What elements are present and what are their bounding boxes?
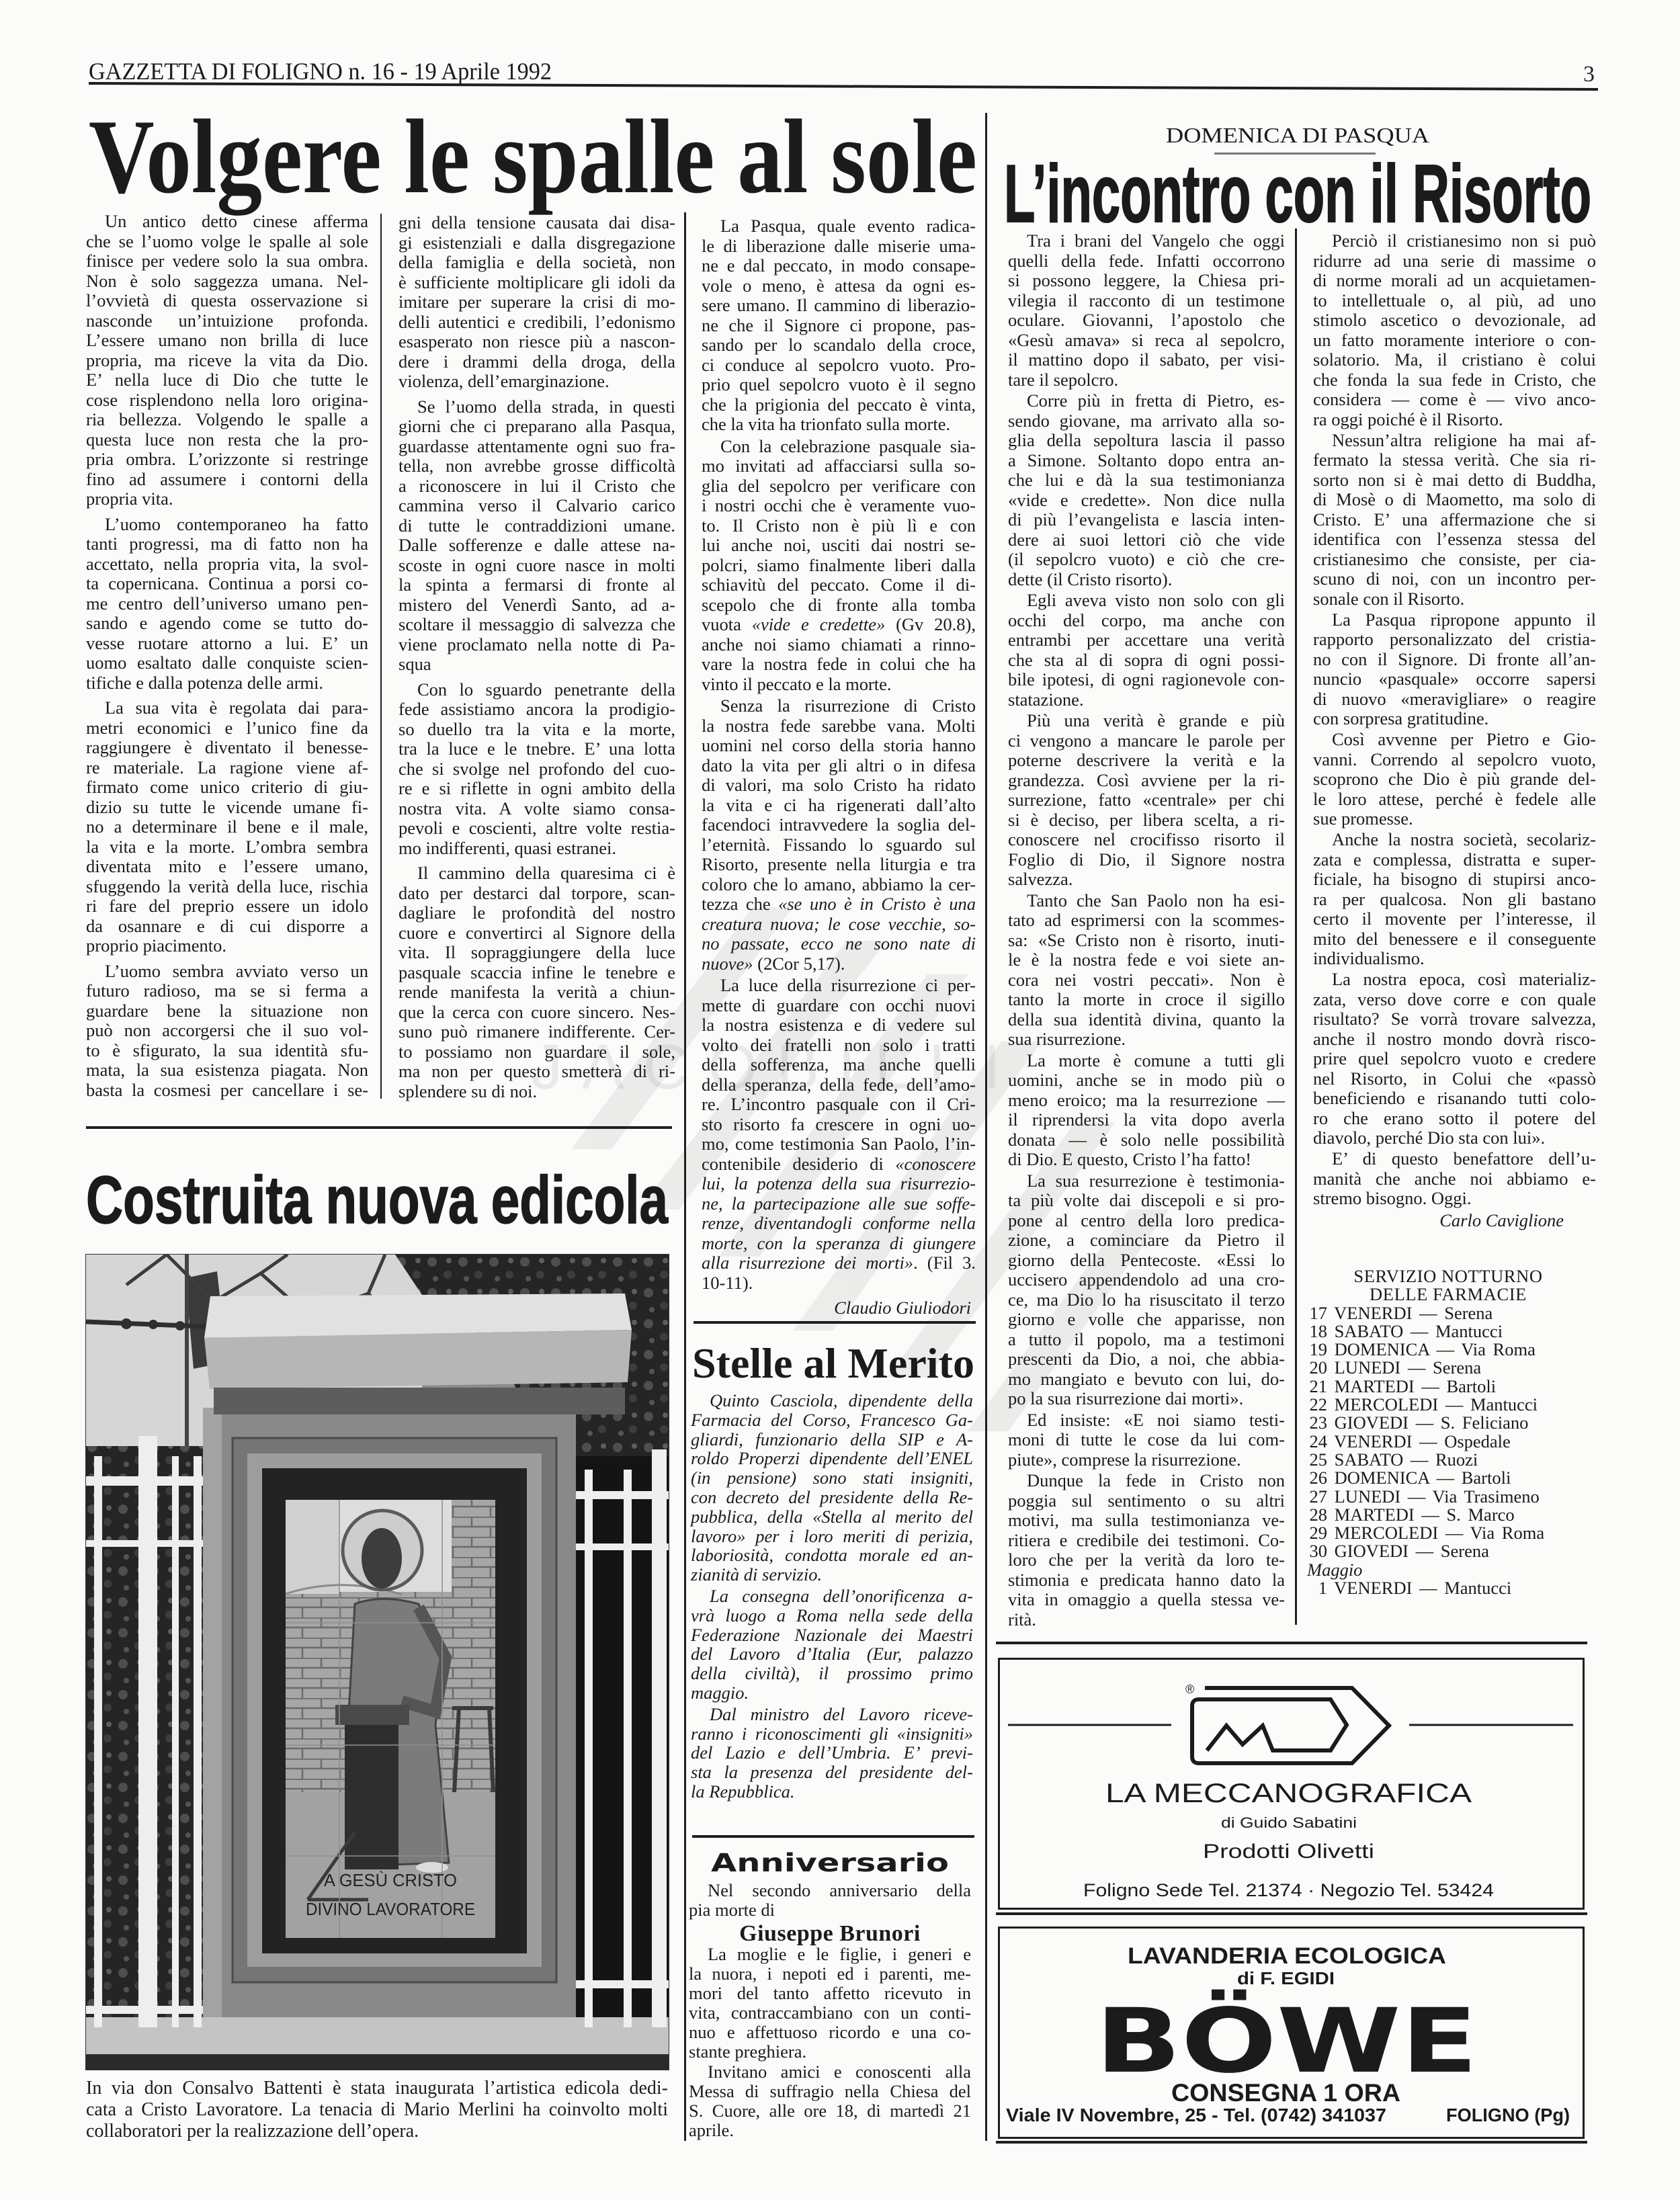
text-line: zione, a cominciare da Pietro il [1008,1230,1285,1251]
text-line: sere umano. Il cammino di liberazio- [702,296,976,316]
pharmacy-day-number: 23 [1307,1414,1327,1432]
text-line: la vita e ci ha rigenerati dall’alto [702,796,976,816]
text-line: Se l’uomo della strada, in questi [398,397,675,417]
text-line: sando e agendo come se tutto do- [86,614,368,634]
text-line: Anche la nostra società, secolariz- [1313,830,1596,850]
text-line: me centro dell’universo umano pen- [86,594,368,614]
text-line: pia morte di [689,1900,971,1920]
text-line: scoprono che Dio è più grande del- [1313,769,1596,790]
text-line: Tanto che San Paolo non ha esi- [1008,891,1285,911]
paragraph: Corre più in fretta di Pietro, es-sendo … [1008,391,1285,589]
section-rule [692,1835,974,1838]
pharmacy-weekday: MARTEDI [1335,1505,1415,1525]
text-line: uccisero appendendolo ad una cro- [1008,1270,1285,1290]
text-line: 10-11). [702,1273,976,1294]
pharmacy-dash: — [1445,1523,1464,1543]
text-line: finisce per vedere solo la sua ombra. [86,251,368,271]
masthead-rule [0,78,1680,95]
pharmacy-night-service: SERVIZIO NOTTURNO DELLE FARMACIE 17 VENE… [1307,1267,1589,1597]
text-line: uomini nel corso della storia hanno [702,736,976,756]
text-line: l’ovvietà di questa osservazione si [86,291,368,311]
text-line: sto risorto fa crescere in ogni uo- [702,1115,976,1135]
text-line: sta la presenza del presidente del- [691,1763,973,1782]
text-line: pria ombra. L’orizzonte si restringe [86,450,368,470]
text-line: manità che anche noi abbiamo e- [1313,1169,1596,1189]
text-line: tella, non avrebbe grosse difficoltà [398,456,675,476]
pharmacy-row: 23 GIOVEDI — S. Feliciano [1307,1414,1589,1432]
text-line: Tra i brani del Vangelo che oggi [1008,231,1285,251]
paragraph: Il cammino della quaresima ci èdato per … [398,863,675,1101]
ad-meccanografica-contacts: Foligno Sede Tel. 21374 · Negozio Tel. 5… [1083,1880,1494,1900]
pharmacy-weekday: MARTEDI [1335,1376,1415,1396]
text-line: mette di guardare con occhi nuovi [702,996,976,1016]
pharmacy-dash: — [1411,1321,1429,1341]
text-line: glia della sepoltura lascia il passo [1008,431,1285,451]
pharmacy-name: Bartoli [1462,1468,1511,1488]
text-line: ficiale, ha bisogno di stupirsi anco- [1313,870,1596,890]
text-line: La moglie e le figlie, i generi e [689,1945,971,1964]
text-line: ce, ma Dio lo ha risuscitato il terzo [1008,1290,1285,1310]
text-line: mo invitati ad affacciarsi sulla so- [702,456,976,476]
text-line: prescenti da Dio, a noi, che abbia- [1008,1349,1285,1369]
text-line: sando per lo scandalo della croce, [702,335,976,355]
text-line: di norme morali ad un acquietamen- [1313,271,1596,291]
text-line: re. L’incontro pasquale con il Cri- [702,1095,976,1115]
text-line: certo il movente per l’interesse, il [1313,909,1596,929]
text-line: entrambi per accettare una verità [1008,630,1285,650]
text-line: ro che erano sotto il potere del [1313,1109,1596,1129]
text-line: pevoli e coscienti, altre volte restia- [398,818,675,839]
paragraph: La morte è comune a tutti gliuomini, anc… [1008,1051,1285,1170]
paragraph: Nessun’altra religione ha mai af-fermato… [1313,431,1596,609]
text-line: esasperato non riesce più a nascon- [398,332,675,352]
text-line: la spinta a fermarsi di fronte al [398,575,675,595]
paragraph: Più una verità è grande e piùci vengono … [1008,711,1285,890]
paragraph: Ed insiste: «E noi siamo testi-moni di t… [1008,1410,1285,1470]
text-line: della civiltà), il prossimo primo [691,1664,973,1683]
text-line: to possiamo non guardare il sole, [398,1042,675,1062]
paragraph: Quinto Casciola, dipendente dellaFarmaci… [691,1391,973,1584]
text-line: individualismo. [1313,949,1596,969]
text-line: E’ di questo benefattore dell’u- [1313,1149,1596,1169]
text-line: vita in omaggio a quella stessa ve- [1008,1590,1285,1610]
text-line: la nuora, i nepoti ed i parenti, me- [689,1964,971,1984]
text-line: solatorio. Ma, il cristiano è colui [1313,350,1596,370]
paragraph: La sua resurrezione è testimonia-ta più … [1008,1171,1285,1409]
pharmacy-dash: — [1421,1376,1439,1396]
text-line: rende manifesta la verità a chiun- [398,982,675,1003]
ad-meccanografica-owner: di Guido Sabatini [1221,1814,1357,1831]
text-line: (in pensione) sono stati insigniti, [691,1468,973,1488]
text-line: Con lo sguardo penetrante della [398,680,675,700]
text-line: pasquale scaccia infine le tenebre e [398,963,675,983]
pharmacy-name: Mantucci [1435,1321,1503,1341]
text-line: to è sfigurato, la sua identità sfu- [86,1041,368,1061]
article-volgere-column-2: gni della tensione causata dai disa-gi e… [398,213,675,1101]
text-line: loro che per la verità da loro te- [1008,1550,1285,1570]
paragraph: Tra i brani del Vangelo che oggiquelli d… [1008,231,1285,390]
text-line: di valori, ma solo Cristo ha ridato [702,775,976,796]
text-line: Farmacia del Corso, Francesco Ga- [691,1410,973,1430]
pharmacy-day-number: 25 [1307,1451,1327,1469]
pharmacy-row: 28 MARTEDI — S. Marco [1307,1506,1589,1524]
text-line: bile ipotesi, di ogni ragionevole con- [1008,670,1285,690]
text-line: lavoro» per i loro meriti di perizia, [691,1527,973,1546]
headline-stelle: Stelle al Merito [692,1337,978,1388]
text-line: Nel secondo anniversario della [689,1881,971,1900]
text-line: fermato la stessa verità. Che sia ri- [1313,450,1596,470]
paragraph: La luce della risurrezione ci per-mette … [702,976,976,1293]
headline-edicola: Costruita nuova edicola [86,1159,672,1233]
text-line: considera — come è — vivo anco- [1313,390,1596,410]
text-line: alla risurrezione dei morti». (Fil 3. [702,1253,976,1273]
text-line: ne, la partecipazione alle sue soffe- [702,1194,976,1214]
pharmacy-name: Mantucci [1444,1578,1511,1598]
pharmacy-weekday: GIOVEDI [1335,1541,1409,1561]
text-line: ta copernicana. Continua a porsi co- [86,574,368,594]
text-line: che si svolge nel profondo del cuo- [398,759,675,779]
pharmacy-weekday: VENERDI [1334,1303,1412,1323]
text-line: cristianesimo che consiste, per cia- [1313,550,1596,570]
text-line: ra oggi poiché è il Risorto. [1313,410,1596,430]
text-line: propria, ma riceve la vita da Dio. [86,351,368,371]
text-line: imitare per superare la crisi di mo- [398,292,675,312]
text-line: ci conduce al sepolcro vuoto. Pro- [702,355,976,376]
text-line: ci vengono a mancare le parole per [1008,731,1285,751]
text-line: della speranza, della fede, dell’amo- [702,1075,976,1095]
text-line: In via don Consalvo Battenti è stata ina… [86,2078,668,2099]
article-risorto-column-2: Perciò il cristianesimo non si puòridurr… [1313,231,1596,1230]
text-line: vita, contraccambiano con un conti- [689,2003,971,2023]
ad-lavanderia: LAVANDERIA ECOLOGICA di F. EGIDI BÖWE CO… [998,1927,1585,2140]
text-line: morte, con la speranza di giungere [702,1234,976,1254]
text-line: aprile. [689,2121,971,2140]
pharmacy-row: 27 LUNEDI — Via Trasimeno [1307,1488,1589,1506]
text-line: da osannare e di cui disporre a [86,917,368,937]
text-line: vuota «vide e credette» (Gv 20.8), [702,615,976,635]
ad-lavanderia-owner: di F. EGIDI [1237,1968,1335,1988]
pharmacy-day-number: 19 [1307,1341,1327,1359]
pharmacy-dash: — [1437,1468,1455,1488]
text-line: Dalle sofferenze e dalle attese na- [398,536,675,556]
headline-anniversario-text: Anniversario [711,1849,949,1877]
text-line: Risorto, presente nella liturgia e tra [702,855,976,875]
pharmacy-name: Via Roma [1461,1339,1536,1359]
text-line: guardasse attentamente ogni suo fra- [398,437,675,457]
pharmacy-day-number: 29 [1307,1524,1327,1542]
pharmacy-month-label: Maggio [1307,1561,1589,1579]
text-line: di Dio. E questo, Cristo l’ha fatto! [1008,1150,1285,1170]
text-line: il mattino dopo il sabato, per visi- [1008,350,1285,370]
pharmacy-weekday: SABATO [1335,1321,1404,1341]
text-line: poggia sul sentimento o su altri [1008,1491,1285,1511]
text-line: stimolo ascetico o devozionale, ad [1313,310,1596,331]
text-line: è sufficiente moltiplicare gli idoli da [398,273,675,293]
text-line: uomo esaltato dalle conquiste scien- [86,653,368,673]
text-line: i nostri occhi che è veramente vuo- [702,496,976,516]
text-line: ta più volte dai discepoli e si pro- [1008,1191,1285,1211]
text-line: sua risurrezione. [1008,1029,1285,1050]
pharmacy-dash: — [1419,1431,1437,1451]
pharmacy-weekday: DOMENICA [1335,1339,1429,1359]
text-line: renze, diventandogli conforme nella [702,1214,976,1234]
anniversary-name: Giuseppe Brunori [689,1920,971,1947]
paragraph: Dal ministro del Lavoro riceve-ranno i r… [691,1705,973,1802]
text-line: tifiche e dalla potenza delle armi. [86,673,368,693]
text-line: mistero del Venerdì Santo, ad a- [398,595,675,616]
text-line: zianità di servizio. [691,1565,973,1584]
pharmacy-title-line1: SERVIZIO NOTTURNO [1307,1267,1589,1285]
paragraph: Con lo sguardo penetrante dellafede assi… [398,680,675,859]
text-line: sue promesse. [1313,809,1596,829]
pharmacy-day-number: 27 [1307,1488,1327,1506]
text-line: to. Il Cristo non è più lì e con [702,516,976,536]
paragraph: Con la celebrazione pasquale sia-mo invi… [702,437,976,695]
text-line: metri economici e l’unico fine da [86,718,368,738]
photo-caption: In via don Consalvo Battenti è stata ina… [86,2078,668,2142]
text-line: Dunque la fede in Cristo non [1008,1471,1285,1491]
pharmacy-row: 30 GIOVEDI — Serena [1307,1542,1589,1560]
paragraph: La sua vita è regolata dai para-metri ec… [86,698,368,956]
article-volgere-column-3: La Pasqua, quale evento radica-le di lib… [702,216,976,1318]
text-line: sendo giovane, ma arrivato alla so- [1008,411,1285,431]
text-line: tato ad esprimersi con la scommes- [1008,911,1285,931]
text-line: la Repubblica. [691,1782,973,1802]
column-divider [985,113,987,2141]
text-line: zata, verso dove corre e con quale [1313,990,1596,1010]
text-line: il riprendersi la vita dopo averla [1008,1110,1285,1130]
pharmacy-name: Serena [1441,1541,1489,1561]
text-line: nostra vita. A volte siamo consa- [398,799,675,819]
text-line: che lui e dà la sua testimonianza [1008,470,1285,491]
text-line: vrà luogo a Roma nella sede della [691,1606,973,1625]
text-line: ra per qualcosa. Non gli bastano [1313,890,1596,910]
text-line: vita. Il sopraggiungere della luce [398,943,675,963]
text-line: raggiungere è diventato il benesse- [86,738,368,758]
headline-risorto: L’incontro con il Risorto [1004,151,1595,228]
pharmacy-row: 18 SABATO — Mantucci [1307,1322,1589,1341]
text-line: mito del benessere e il conseguente [1313,929,1596,949]
pharmacy-day-number: 17 [1307,1304,1327,1322]
text-line: Con la celebrazione pasquale sia- [702,437,976,457]
paragraph: La consegna dell’onorificenza a-vrà luog… [691,1586,973,1703]
text-line: occhi del corpo, ma anche con [1008,611,1285,631]
paragraph: Nel secondo anniversario dellapia morte … [689,1881,971,1920]
text-line: squa [398,654,675,675]
text-line: no a determinare il bene e il male, [86,817,368,837]
pharmacy-row: 24 VENERDI — Ospedale [1307,1433,1589,1451]
text-line: facendoci intravvedere la soglia del- [702,815,976,835]
text-line: la nostra esistenza e di vedere sul [702,1015,976,1035]
text-line: proprio piacimento. [86,936,368,956]
text-line: coloro che lo amano, abbiamo la cer- [702,875,976,895]
text-line: no con il Signore. Di fronte all’an- [1313,650,1596,670]
text-line: fede assistiamo ancora la prodigio- [398,700,675,720]
text-line: zata e complessa, distratta e super- [1313,850,1596,870]
ad-lavanderia-city: FOLIGNO (Pg) [1446,2105,1570,2125]
pharmacy-day-number: 22 [1307,1396,1327,1414]
pharmacy-dash: — [1411,1449,1429,1470]
text-line: salvezza. [1008,870,1285,890]
pharmacy-name: Ospedale [1444,1431,1511,1451]
text-line: pone al centro della loro predica- [1008,1211,1285,1231]
pharmacy-row: 21 MARTEDI — Bartoli [1307,1378,1589,1396]
text-line: cata a Cristo Lavoratore. La tenacia di … [86,2099,668,2121]
pharmacy-row: 25 SABATO — Ruozi [1307,1451,1589,1469]
text-line: cammina verso il Calvario carico [398,496,675,516]
pharmacy-weekday: SABATO [1335,1449,1404,1470]
text-line: que la cerca con cuore sincero. Nes- [398,1003,675,1023]
text-line: ri fare del preprio essere un idolo [86,896,368,917]
text-line: vare la nostra fede in colui che ha [702,654,976,675]
text-line: tezza che «se uno è in Cristo è una [702,894,976,915]
text-line: dagliare le profondità del nostro [398,903,675,923]
text-line: tanto la morte in croce il sigillo [1008,990,1285,1010]
text-line: diavolo, perché Dio sta con lui». [1313,1128,1596,1148]
text-line: la nostra fede sarebbe vana. Molti [702,716,976,736]
paragraph: Egli aveva visto non solo con gliocchi d… [1008,591,1285,710]
text-line: Dal ministro del Lavoro riceve- [691,1705,973,1724]
text-line: scoltare il messaggio di salvezza che [398,615,675,635]
text-line: con sorpresa gratitudine. [1313,709,1596,729]
pharmacy-dash: — [1437,1339,1455,1359]
text-line: violenza, dell’emarginazione. [398,372,675,392]
pharmacy-name: Serena [1433,1357,1481,1378]
text-line: Più una verità è grande e più [1008,711,1285,731]
pharmacy-name: Bartoli [1447,1376,1497,1396]
text-line: dato la vita per gli altri o in difesa [702,756,976,776]
headline-volgere: Volgere le spalle al sole [89,108,982,225]
paragraph: In via don Consalvo Battenti è stata ina… [86,2078,668,2142]
text-line: uomini, anche se in modo più o [1008,1070,1285,1091]
text-line: a Simone. Soltanto dopo entra an- [1008,451,1285,471]
text-line: del Lazio e dell’Umbria. E’ previ- [691,1743,973,1763]
text-line: «Gesù amava» si reca al sepolcro, [1008,331,1285,351]
text-line: Senza la risurrezione di Cristo [702,696,976,716]
pharmacy-dash: — [1419,1578,1437,1598]
pharmacy-day-number: 21 [1307,1378,1327,1396]
pharmacy-name: Via Trasimeno [1433,1486,1540,1507]
text-line: della famiglia e della società, non [398,253,675,273]
pharmacy-day-number: 20 [1307,1359,1327,1377]
registered-mark-icon: ® [1185,1683,1194,1696]
text-line: oculare. Giovanni, l’apostolo che [1008,310,1285,331]
paragraph: La nostra epoca, così materializ-zata, v… [1313,970,1596,1148]
text-line: «vide e credette». Non dice nulla [1008,491,1285,511]
text-line: che sta al di sopra di ogni possi- [1008,650,1285,671]
paragraph: La moglie e le figlie, i generi ela nuor… [689,1945,971,2062]
headline-stelle-text: Stelle al Merito [692,1339,974,1387]
text-line: Il cammino della quaresima ci è [398,863,675,884]
text-line: può non accorgersi che il suo vol- [86,1021,368,1041]
pharmacy-dash: — [1416,1541,1434,1561]
text-line: E’ nella luce di Dio che tutte le [86,370,368,390]
text-line: si è deciso, per libera scelta, a ri- [1008,810,1285,831]
text-line: schiavitù del peccato. Come il di- [702,575,976,595]
text-line: mo, come testimonia San Paolo, l’in- [702,1134,976,1154]
text-line: basta la cosmesi per cancellare i se- [86,1081,368,1101]
pharmacy-day-number: 28 [1307,1506,1327,1524]
text-line: dere ai suoi lettori ciò che vide [1008,530,1285,550]
text-line: che se l’uomo volge le spalle al sole [86,232,368,252]
article-risorto-column-1: Tra i brani del Vangelo che oggiquelli d… [1008,231,1285,1630]
text-line: (il sepolcro vuoto) e ciò che cre- [1008,550,1285,570]
text-line: a riconoscere in lui il Cristo che [398,476,675,497]
text-line: cose risplendono nella loro origina- [86,390,368,411]
paragraph: gni della tensione causata dai disa-gi e… [398,213,675,392]
text-line: La consegna dell’onorificenza a- [691,1586,973,1606]
text-line: di Mosè o di Maometto, ma solo di [1313,490,1596,510]
text-line: mata, la sua esistenza piagata. Non [86,1060,368,1081]
text-line: tanti progressi, ma di fatto non ha [86,534,368,554]
text-line: si possono leggere, la Chiesa pri- [1008,271,1285,291]
text-line: di nuovo «meravigliare» o reagire [1313,689,1596,710]
author-signature: Carlo Caviglione [1313,1211,1596,1231]
text-line: propria vita. [86,489,368,509]
text-line: identifica con l’essenza stessa del [1313,530,1596,550]
ad-lavanderia-brand: BÖWE [1095,1990,1478,2093]
text-line: scepolo che di fronte alla tomba [702,595,976,616]
text-line: ranno i riconoscimenti gli «insigniti» [691,1724,973,1744]
text-line: che fonda la sua fede in Cristo, che [1313,370,1596,390]
paragraph: Tanto che San Paolo non ha esi-tato ad e… [1008,891,1285,1050]
text-line: ritiera e credibile dei testimoni. Co- [1008,1531,1285,1551]
paragraph: E’ di questo benefattore dell’u-manità c… [1313,1149,1596,1209]
text-line: L’essere umano non brilla di luce [86,331,368,351]
section-rule [996,1642,1587,1644]
text-line: nuo e affettuoso ricordo e una co- [689,2023,971,2042]
text-line: maggio. [691,1683,973,1703]
text-line: vinto il peccato e la morte. [702,675,976,695]
text-line: nuncio «pasquale» occorre sapersi [1313,669,1596,689]
text-line: gi esistenziali e dalla disgregazione [398,233,675,253]
text-line: scoste in ogni cuore nasce in molti [398,556,675,576]
edicola-photo-image: A GESÙ CRISTO DIVINO LAVORATORE [86,1255,669,2070]
text-line: prire quel sepolcro vuoto e credere [1313,1049,1596,1069]
text-line: ne e dal peccato, in modo consape- [702,256,976,276]
article-volgere-column-1: Un antico detto cinese affermache se l’u… [86,212,368,1100]
text-line: risultato? Se vorrà trovare salvezza, [1313,1009,1596,1029]
text-line: ridurre ad una serie di massime o [1313,251,1596,271]
pharmacy-weekday: DOMENICA [1335,1468,1429,1488]
pharmacy-day-number: 26 [1307,1469,1327,1487]
anniversary-intro: Nel secondo anniversario dellapia morte … [689,1881,971,1920]
text-line: quelli della fede. Infatti occorrono [1008,251,1285,271]
pharmacy-name: Via Roma [1470,1523,1544,1543]
text-line: Quinto Casciola, dipendente della [691,1391,973,1410]
column-divider [684,212,686,2141]
text-line: so duello tra la vita e la morte, [398,720,675,740]
paragraph: Senza la risurrezione di Cristola nostra… [702,696,976,974]
text-line: Non è solo saggezza umana. Nel- [86,271,368,292]
text-line: giorno e volle che apparisse, non [1008,1310,1285,1330]
text-line: del Lavoro d’Italia (Eur, palazzo [691,1644,973,1664]
headline-edicola-text: Costruita nuova edicola [86,1162,669,1233]
pharmacy-day-number: 18 [1307,1322,1327,1341]
photo-inscription-line1: A GESÙ CRISTO [324,1870,457,1890]
edicola-photo: A GESÙ CRISTO DIVINO LAVORATORE [86,1255,669,2070]
text-line: L’uomo sembra avviato verso un [86,962,368,982]
text-line: fino ad assumere i contorni della [86,470,368,490]
paragraph: Se l’uomo della strada, in questigiorni … [398,397,675,675]
text-line: grandezza. Così avviene per la ri- [1008,771,1285,791]
text-line: Foglio di Dio, il Signore nostra [1008,850,1285,870]
text-line: polcri, siamo finalmente liberi dalla [702,556,976,576]
headline-volgere-text: Volgere le spalle al sole [89,108,977,216]
text-line: motivi, ma sulla testimonianza ve- [1008,1511,1285,1531]
paragraph: Dunque la fede in Cristo nonpoggia sul s… [1008,1471,1285,1630]
paragraph: Perciò il cristianesimo non si puòridurr… [1313,231,1596,429]
